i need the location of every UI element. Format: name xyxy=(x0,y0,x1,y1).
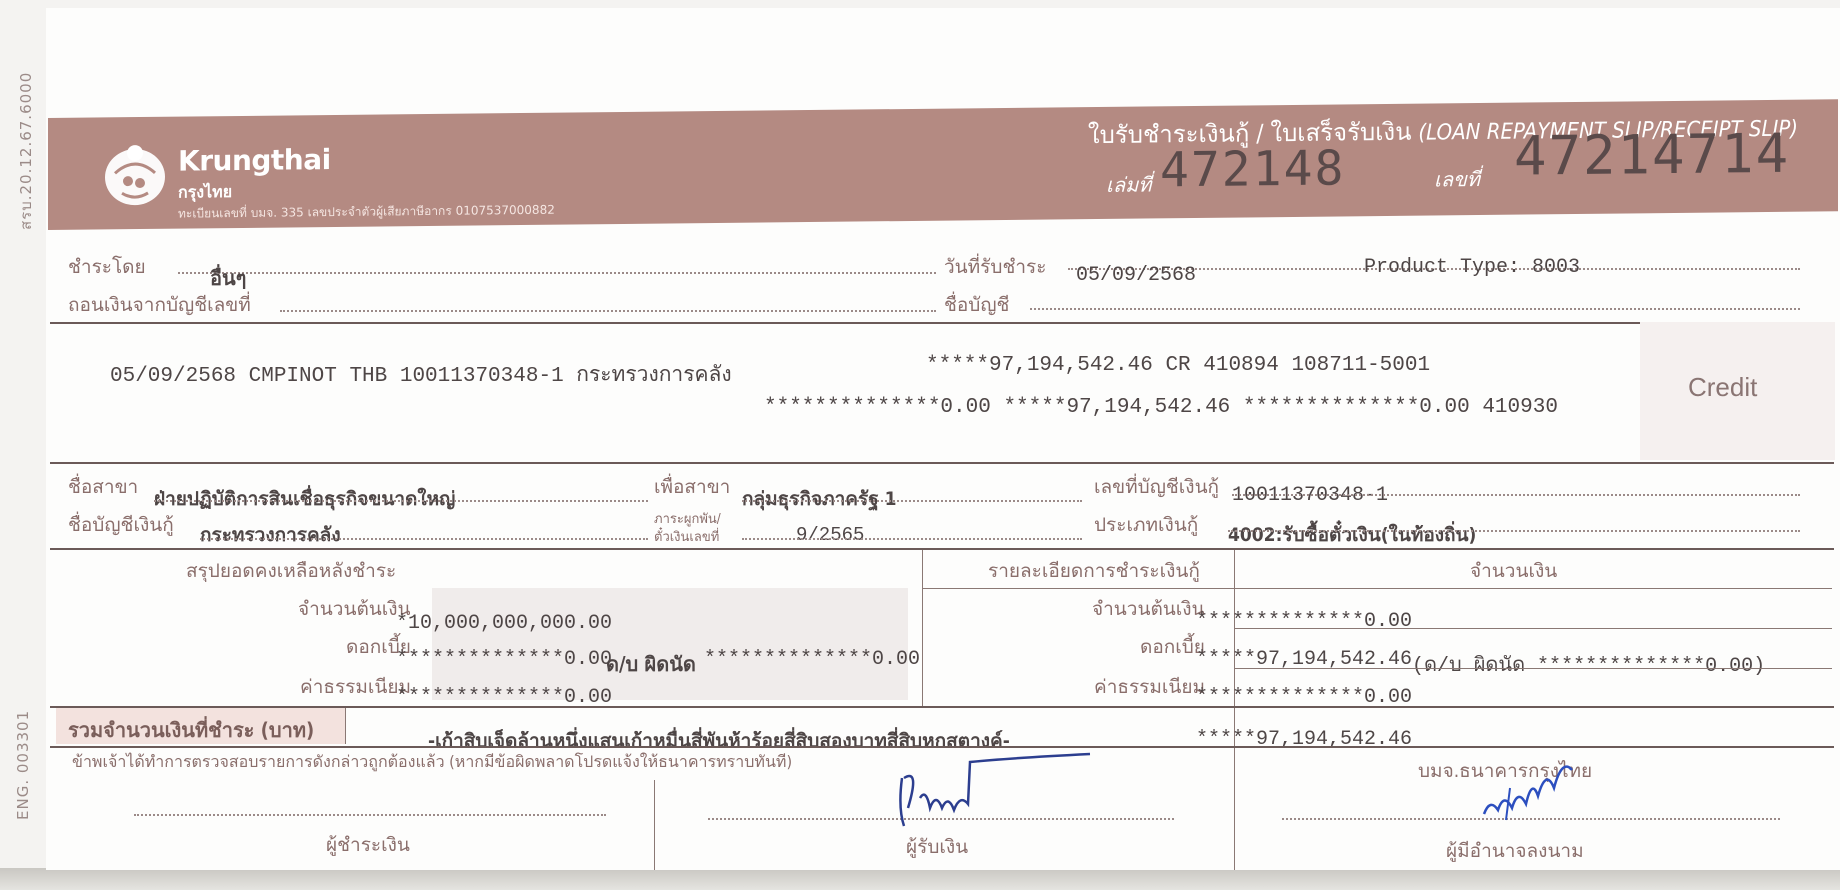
branch-value: ฝ่ายปฏิบัติการสินเชื่อธุรกิจขนาดใหญ่ xyxy=(154,484,455,514)
for-branch-dotted-line xyxy=(742,500,1082,502)
footer-divider-2 xyxy=(1234,748,1235,870)
brand-name-th: กรุงไทย xyxy=(178,180,232,206)
payer-label: ผู้ชำระเงิน xyxy=(326,830,410,860)
detail-principal-rule xyxy=(1234,628,1832,629)
divider-branch xyxy=(50,548,1834,550)
transaction-type: Credit xyxy=(1688,372,1757,403)
slip-no: 47214714 xyxy=(1514,122,1790,188)
transaction-line-1-right: *****97,194,542.46 CR 410894 108711-5001 xyxy=(926,354,1430,377)
krungthai-bird-logo-icon xyxy=(100,143,170,208)
receive-date-label: วันที่รับชำระ xyxy=(944,252,1046,282)
form-code-bottom: ENG. 003301 xyxy=(14,710,32,820)
registration-line: ทะเบียนเลขที่ บมจ. 335 เลขประจำตัวผู้เสี… xyxy=(178,201,555,224)
authorized-signature-icon xyxy=(1476,748,1586,828)
balance-shade xyxy=(432,588,908,700)
balance-principal-value: *10,000,000,000.00 xyxy=(396,612,612,635)
divider-top xyxy=(50,322,1834,324)
loan-account-name-value: กระทรวงการคลัง xyxy=(200,520,341,550)
detail-principal-value: **************0.00 xyxy=(1196,610,1412,633)
branch-label: ชื่อสาขา xyxy=(68,472,138,502)
withdraw-account-label: ถอนเงินจากบัญชีเลขที่ xyxy=(68,290,251,320)
divider-vertical-summary xyxy=(922,550,923,706)
authorized-label: ผู้มีอำนาจลงนาม xyxy=(1446,836,1584,866)
for-branch-label: เพื่อสาขา xyxy=(654,472,730,502)
transaction-line-2: **************0.00 *****97,194,542.46 **… xyxy=(764,396,1558,419)
amount-header: จำนวนเงิน xyxy=(1470,556,1557,586)
book-no: 472148 xyxy=(1160,140,1345,198)
loan-account-name-dotted-line xyxy=(200,538,648,540)
product-type: Product Type: 8003 xyxy=(1364,256,1580,279)
balance-fee-label: ค่าธรรมเนียม xyxy=(300,672,411,702)
branch-dotted-line xyxy=(154,500,648,502)
for-branch-value: กลุ่มธุรกิจภาครัฐ 1 xyxy=(742,484,897,514)
loan-type-dotted-line xyxy=(1228,530,1800,532)
balance-principal-label: จำนวนต้นเงิน xyxy=(298,594,411,624)
loan-account-no-label: เลขที่บัญชีเงินกู้ xyxy=(1094,472,1219,502)
paid-by-dotted-line xyxy=(178,272,936,274)
account-name-dotted-line xyxy=(1030,308,1800,310)
balance-overdue-label: ด/บ ผิดนัด xyxy=(606,648,696,680)
payer-signature-line xyxy=(134,814,606,816)
paid-by-label: ชำระโดย xyxy=(68,252,146,282)
obligation-value: 9/2565 xyxy=(796,524,864,546)
loan-type-value: 4002:รับซื้อตั๋วเงิน(ในท้องถิ่น) xyxy=(1228,520,1476,550)
loan-type-label: ประเภทเงินกู้ xyxy=(1094,510,1198,540)
transaction-line-1-left: 05/09/2568 CMPINOT THB 10011370348-1 กระ… xyxy=(110,358,732,391)
detail-overdue-text: (ด/บ ผิดนัด **************0.00) xyxy=(1412,648,1765,680)
balance-overdue-value: **************0.00 xyxy=(704,648,920,671)
account-name-label: ชื่อบัญชี xyxy=(944,290,1009,320)
balance-interest-value: **************0.00 xyxy=(396,648,612,671)
detail-interest-rule xyxy=(1234,668,1832,669)
detail-fee-label: ค่าธรรมเนียม xyxy=(1094,672,1205,702)
slip-no-label: เลขที่ xyxy=(1434,163,1480,195)
receive-date-value: 05/09/2568 xyxy=(1076,264,1196,287)
receiver-signature-icon xyxy=(890,748,1100,838)
page-edge-shadow xyxy=(0,868,1840,890)
balance-summary-title: สรุปยอดคงเหลือหลังชำระ xyxy=(186,556,396,586)
divider-transaction xyxy=(50,462,1834,464)
footer-divider-1 xyxy=(654,780,655,870)
declaration-text: ข้าพเจ้าได้ทำการตรวจสอบรายการดังกล่าวถูก… xyxy=(72,750,792,775)
obligation-label-2: ตั๋วเงินเลขที่ xyxy=(654,526,719,547)
withdraw-account-dotted-line xyxy=(280,310,936,312)
obligation-dotted-line xyxy=(742,538,1082,540)
form-code-top: สรบ.20.12.67.6000 xyxy=(14,72,38,230)
brand-name-en: Krungthai xyxy=(178,143,331,178)
detail-header-rule xyxy=(922,588,1832,589)
detail-principal-label: จำนวนต้นเงิน xyxy=(1092,594,1205,624)
payment-detail-title: รายละเอียดการชำระเงินกู้ xyxy=(988,556,1200,586)
header-band: Krungthai กรุงไทย ทะเบียนเลขที่ บมจ. 335… xyxy=(48,99,1838,230)
total-label: รวมจำนวนเงินที่ชำระ (บาท) xyxy=(68,714,314,746)
book-no-label: เล่มที่ xyxy=(1106,168,1151,200)
loan-account-no-dotted-line xyxy=(1232,494,1800,496)
loan-account-name-label: ชื่อบัญชีเงินกู้ xyxy=(68,510,174,540)
